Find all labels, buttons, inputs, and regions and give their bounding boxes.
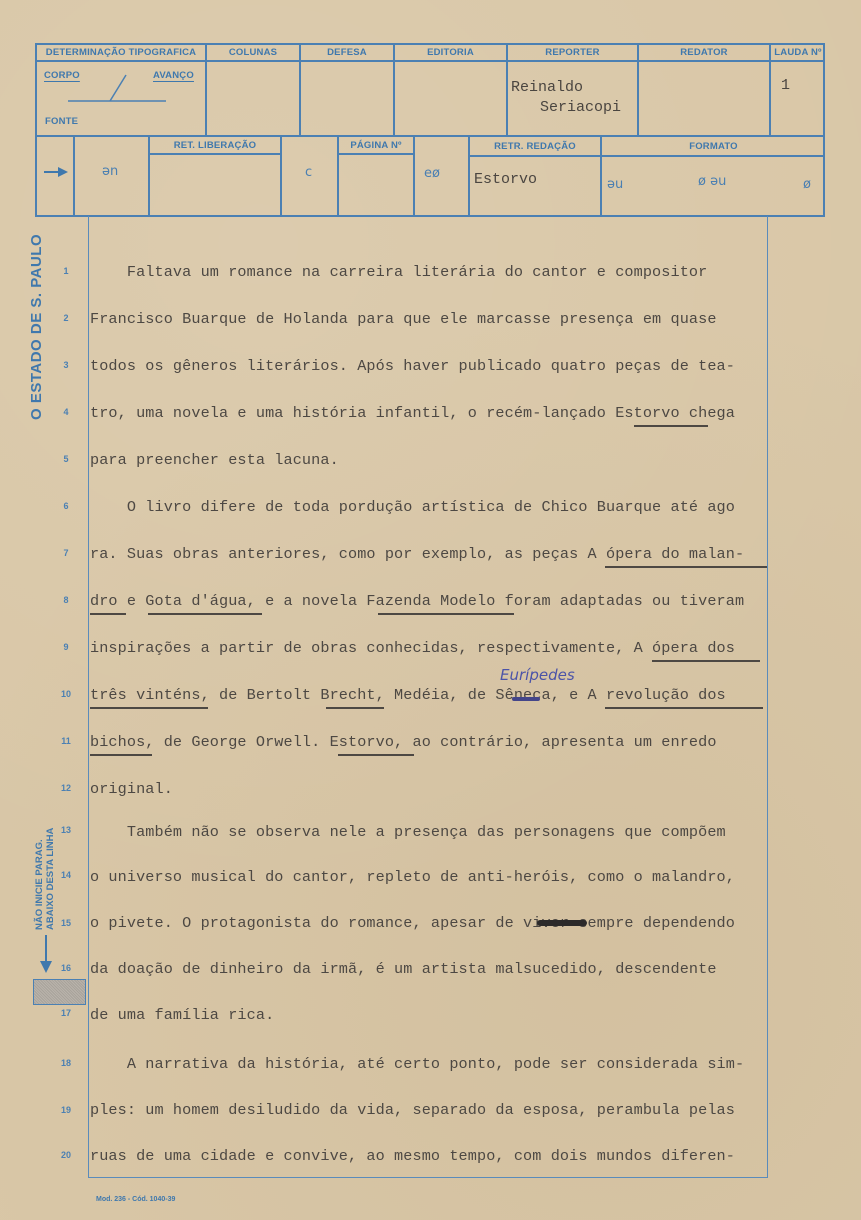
formato-value-2: ø əu — [698, 174, 726, 189]
line-number: 2 — [58, 313, 74, 323]
strikeout-mark — [512, 697, 540, 701]
header-formato: FORMATO — [602, 141, 825, 152]
line-number: 10 — [58, 689, 74, 699]
title-underline — [378, 613, 514, 615]
title-underline — [605, 707, 763, 709]
publication-name: O ESTADO DE S. PAULO — [28, 234, 45, 420]
formato-value-1: əu — [607, 177, 623, 192]
line-number: 6 — [58, 501, 74, 511]
title-underline — [634, 425, 708, 427]
text-line: ples: um homem desiludido da vida, separ… — [90, 1101, 735, 1119]
reporter-name-line1: Reinaldo — [511, 79, 583, 96]
title-underline — [90, 707, 208, 709]
text-line: da doação de dinheiro da irmã, é um arti… — [90, 960, 717, 978]
header-determinacao: DETERMINAÇÃO TIPOGRAFICA — [37, 47, 205, 58]
text-line: original. — [90, 780, 173, 798]
reporter-name-line2: Seriacopi — [540, 99, 621, 116]
label-fonte: FONTE — [45, 116, 78, 127]
text-line: A narrativa da história, até certo ponto… — [90, 1055, 744, 1073]
line-number: 17 — [58, 1008, 74, 1018]
paragraph-limit-box — [33, 979, 86, 1005]
form-model-code: Mod. 236 - Cód. 1040-39 — [96, 1196, 175, 1203]
lauda-number: 1 — [781, 77, 790, 94]
header-reporter: REPORTER — [508, 47, 637, 58]
header-lauda: LAUDA Nº — [771, 47, 825, 58]
title-underline — [148, 613, 262, 615]
line-number: 14 — [58, 870, 74, 880]
text-line: tro, uma novela e uma história infantil,… — [90, 404, 735, 422]
text-line: três vinténs, de Bertolt Brecht, Medéia,… — [90, 686, 726, 704]
form-divider — [35, 60, 825, 62]
form-divider — [468, 155, 825, 157]
header-ret-liberacao: RET. LIBERAÇÃO — [150, 140, 280, 151]
line-number: 3 — [58, 360, 74, 370]
line-number: 13 — [58, 825, 74, 835]
corpo-avanco-diagonal-icon — [66, 73, 170, 103]
line-number: 19 — [58, 1105, 74, 1115]
paragraph-note: NÃO INICIE PARAG. ABAIXO DESTA LINHA — [34, 828, 56, 930]
handwritten-correction: Eurípedes — [500, 666, 575, 684]
header-editoria: EDITORIA — [395, 47, 506, 58]
line-number: 15 — [58, 918, 74, 928]
line-number: 8 — [58, 595, 74, 605]
text-line: inspirações a partir de obras conhecidas… — [90, 639, 735, 657]
text-line: todos os gêneros literários. Após haver … — [90, 357, 735, 375]
retr-redacao-value: Estorvo — [474, 171, 537, 188]
strikeout-mark — [537, 920, 587, 926]
title-underline — [605, 566, 767, 568]
form-divider — [337, 153, 413, 155]
line-number: 18 — [58, 1058, 74, 1068]
text-line: O livro difere de toda pordução artístic… — [90, 498, 735, 516]
header-defesa: DEFESA — [301, 47, 393, 58]
text-line: ra. Suas obras anteriores, como por exem… — [90, 545, 744, 563]
title-underline — [90, 754, 152, 756]
text-line: ruas de uma cidade e convive, ao mesmo t… — [90, 1147, 735, 1165]
line-number: 5 — [58, 454, 74, 464]
title-underline — [338, 754, 414, 756]
code-c: c — [305, 165, 312, 180]
line-number: 9 — [58, 642, 74, 652]
text-line: o universo musical do cantor, repleto de… — [90, 868, 735, 886]
header-pagina: PÁGINA Nº — [339, 140, 413, 151]
line-number: 4 — [58, 407, 74, 417]
line-number: 16 — [58, 963, 74, 973]
line-number: 7 — [58, 548, 74, 558]
title-underline — [652, 660, 760, 662]
arrow-right-icon — [44, 166, 70, 178]
text-line: Também não se observa nele a presença da… — [90, 823, 726, 841]
line-number: 1 — [58, 266, 74, 276]
arrow-down-icon — [39, 935, 53, 975]
text-line: dro e Gota d'água, e a novela Fazenda Mo… — [90, 592, 744, 610]
form-divider — [35, 135, 825, 137]
line-number: 20 — [58, 1150, 74, 1160]
form-divider — [413, 135, 415, 217]
title-underline — [90, 613, 126, 615]
formato-value-3: ø — [803, 177, 811, 192]
line-number: 12 — [58, 783, 74, 793]
form-divider — [73, 135, 75, 217]
paragraph-note-line2: ABAIXO DESTA LINHA — [45, 828, 56, 930]
text-line: o pivete. O protagonista do romance, ape… — [90, 914, 735, 932]
text-line: Francisco Buarque de Holanda para que el… — [90, 310, 717, 328]
form-divider — [148, 153, 280, 155]
title-underline — [326, 707, 384, 709]
text-line: Faltava um romance na carreira literária… — [90, 263, 707, 281]
text-line: de uma família rica. — [90, 1006, 274, 1024]
header-redator: REDATOR — [639, 47, 769, 58]
code-e0: eø — [424, 166, 440, 181]
line-number: 11 — [58, 736, 74, 746]
paragraph-note-line1: NÃO INICIE PARAG. — [34, 828, 45, 930]
text-line: bichos, de George Orwell. Estorvo, ao co… — [90, 733, 717, 751]
header-retr-redacao: RETR. REDAÇÃO — [470, 141, 600, 152]
text-line: para preencher esta lacuna. — [90, 451, 339, 469]
header-colunas: COLUNAS — [207, 47, 299, 58]
form-divider — [280, 135, 282, 217]
code-an: ən — [102, 164, 118, 179]
